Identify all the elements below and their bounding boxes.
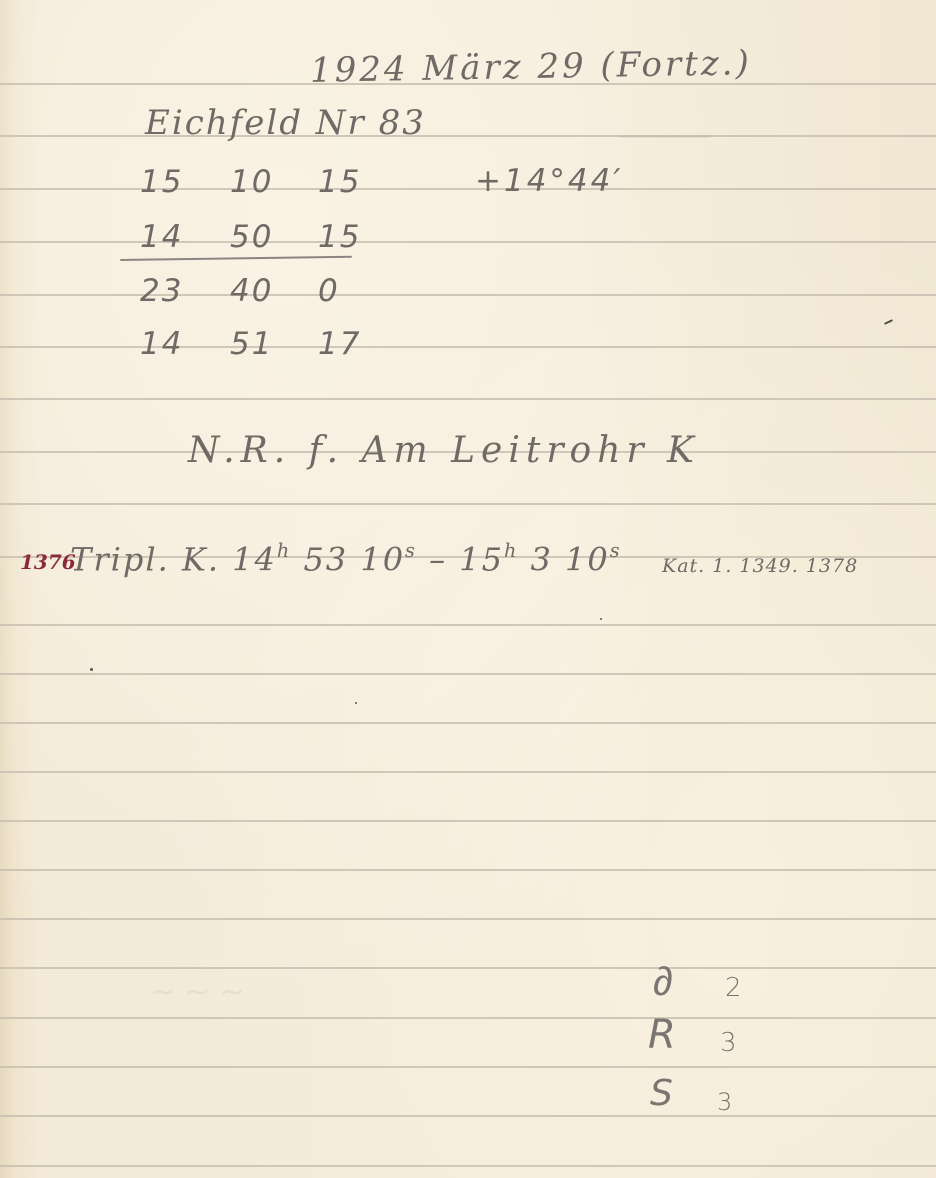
table-row: 14 51 17	[140, 326, 378, 362]
date-header: 1924 März 29 (Fortz.)	[310, 46, 752, 88]
ruled-line	[0, 1165, 936, 1167]
ruled-line	[0, 1115, 936, 1117]
table-row: 15 10 15	[140, 164, 378, 200]
time-to-seconds: 10	[565, 541, 610, 579]
time-from-seconds: 10	[360, 541, 405, 579]
second-mark: s	[405, 539, 417, 562]
ruled-line	[0, 820, 936, 822]
declination-value: +14°44′	[475, 166, 623, 197]
ruled-line	[0, 135, 936, 137]
show-through-ghost: ~ ~ ~	[150, 975, 244, 1010]
second-mark: s	[610, 539, 622, 562]
instrument-note: N.R. f. Am Leitrohr K	[188, 433, 700, 469]
ruled-line	[0, 1017, 936, 1019]
table-cell-minutes: 40	[230, 273, 318, 309]
footer-mark-symbol: S	[650, 1076, 674, 1112]
ruled-line	[0, 624, 936, 626]
catalog-reference: Kat. 1. 1349. 1378	[662, 557, 858, 576]
time-from-hours: 14	[232, 541, 277, 579]
paper-speck	[600, 618, 602, 620]
paper-speck	[355, 702, 357, 704]
ruled-line	[0, 918, 936, 920]
logbook-page: ───── ~ ~ ~ 1924 März 29 (Fortz.) Eichfe…	[0, 0, 936, 1178]
hour-mark: h	[504, 539, 518, 562]
time-to-hours: 15	[459, 541, 504, 579]
table-cell-seconds: 15	[318, 219, 378, 255]
ruled-line	[0, 722, 936, 724]
time-from-minutes: 53	[303, 541, 348, 579]
table-cell-hours: 14	[140, 326, 230, 362]
footer-mark-symbol: R	[648, 1015, 677, 1055]
ruled-line	[0, 967, 936, 969]
table-cell-minutes: 10	[230, 164, 318, 200]
table-cell-minutes: 51	[230, 326, 318, 362]
footer-mark-symbol: ∂	[653, 962, 674, 1002]
table-cell-seconds: 15	[318, 164, 378, 200]
table-cell-hours: 15	[140, 164, 230, 200]
ruled-line	[0, 869, 936, 871]
object-label: Tripl. K.	[70, 541, 220, 579]
footer-mark-value: 3	[720, 1030, 738, 1056]
paper-speck	[90, 668, 93, 671]
footer-mark-value: 2	[725, 975, 743, 1001]
entry-title: Eichfeld Nr 83	[145, 106, 426, 140]
pencil-mark	[884, 319, 893, 325]
table-cell-seconds: 17	[318, 326, 378, 362]
ruled-line	[0, 771, 936, 773]
show-through-ghost: ─────	[620, 120, 710, 155]
hour-mark: h	[277, 539, 291, 562]
table-cell-seconds: 0	[318, 273, 378, 309]
ruled-line	[0, 398, 936, 400]
table-row: 23 40 0	[140, 273, 378, 309]
ruled-line	[0, 673, 936, 675]
table-row: 14 50 15	[140, 219, 378, 255]
ruled-line	[0, 1066, 936, 1068]
catalog-entry: Tripl. K. 14h 53 10s – 15h 3 10s	[70, 543, 622, 576]
ruled-line	[0, 503, 936, 505]
catalog-number: 1376	[20, 552, 76, 572]
table-cell-hours: 23	[140, 273, 230, 309]
table-cell-minutes: 50	[230, 219, 318, 255]
footer-mark-value: 3	[717, 1090, 733, 1114]
time-to-minutes: 3	[531, 541, 553, 579]
table-cell-hours: 14	[140, 219, 230, 255]
range-dash: –	[429, 541, 447, 579]
sum-underline	[120, 256, 352, 261]
